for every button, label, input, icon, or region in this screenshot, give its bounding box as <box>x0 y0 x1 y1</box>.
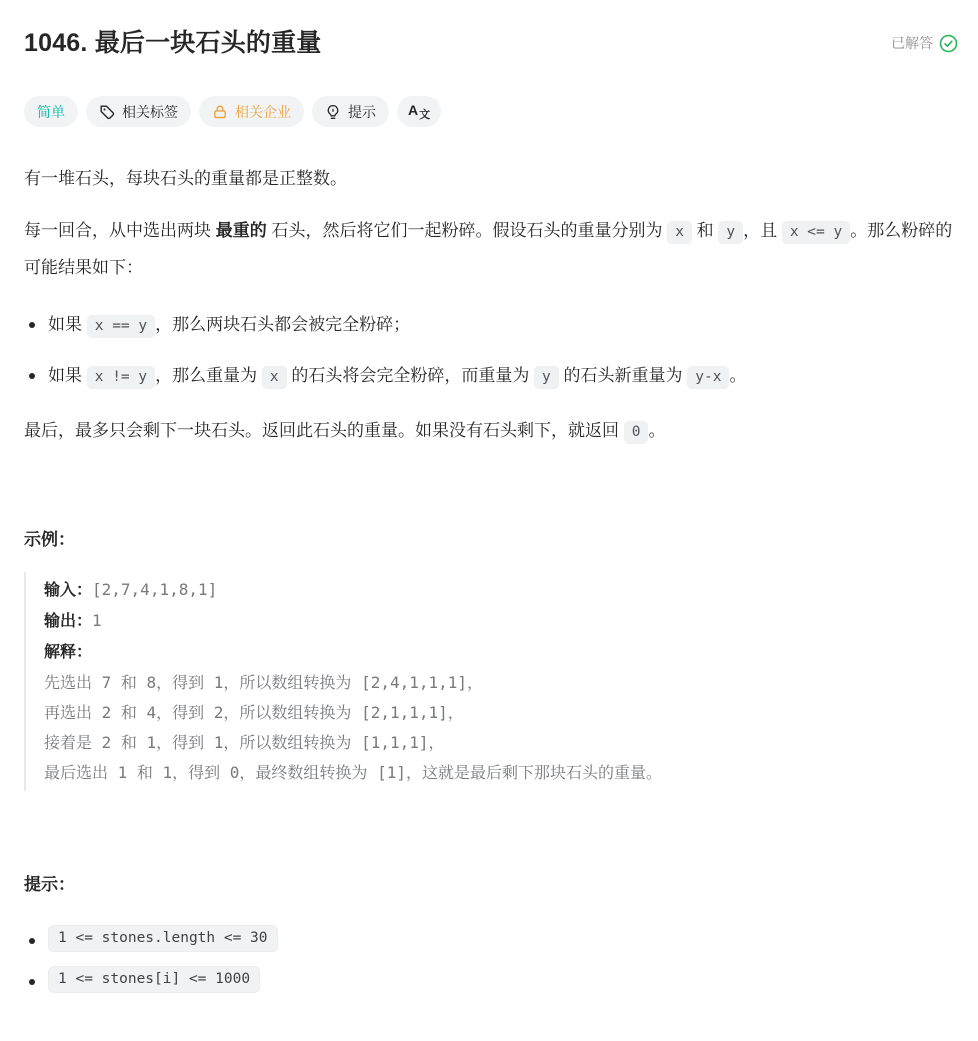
inline-code: x <box>667 221 692 244</box>
constraints-list: 1 <= stones.length <= 30 1 <= stones[i] … <box>24 929 958 988</box>
statement-paragraph: 有一堆石头，每块石头的重量都是正整数。 <box>24 161 958 197</box>
translate-toggle-button[interactable]: A文 <box>397 96 441 127</box>
example-block: 输入：[2,7,4,1,8,1]输出：1解释：先选出 7 和 8，得到 1，所以… <box>24 572 958 791</box>
inline-code: y <box>718 221 743 244</box>
inline-code: y <box>534 366 559 389</box>
related-tags-label: 相关标签 <box>122 102 178 122</box>
statement-paragraph: 最后，最多只会剩下一块石头。返回此石头的重量。如果没有石头剩下，就返回 0。 <box>24 413 958 450</box>
examples-heading: 示例： <box>24 528 958 552</box>
constraint-code: 1 <= stones.length <= 30 <box>48 925 278 952</box>
lightbulb-icon <box>325 104 341 120</box>
difficulty-badge[interactable]: 简单 <box>24 96 78 127</box>
inline-code: x <= y <box>782 221 850 244</box>
tag-icon <box>99 104 115 120</box>
problem-header: 1046. 最后一块石头的重量 已解答 <box>24 26 958 60</box>
example-input-line: 输入：[2,7,4,1,8,1] <box>44 575 958 606</box>
tag-pill-row: 简单 相关标签 相关企业 <box>24 96 958 127</box>
inline-code: x != y <box>87 366 155 389</box>
examples-section: 示例： 输入：[2,7,4,1,8,1]输出：1解释：先选出 7 和 8，得到 … <box>24 528 958 791</box>
bold-text: 最重的 <box>216 221 267 240</box>
inline-code: x == y <box>87 315 155 338</box>
example-explanation-line: 先选出 7 和 8，得到 1，所以数组转换为 [2,4,1,1,1]， <box>44 668 958 698</box>
inline-code: 0 <box>624 421 649 444</box>
problem-description-panel: 1046. 最后一块石头的重量 已解答 简单 相关标签 <box>0 0 978 1041</box>
example-explanation-line: 再选出 2 和 4，得到 2，所以数组转换为 [2,1,1,1]， <box>44 698 958 728</box>
example-explanation-line: 最后选出 1 和 1，得到 0，最终数组转换为 [1]，这就是最后剩下那块石头的… <box>44 758 958 788</box>
related-companies-button[interactable]: 相关企业 <box>199 96 304 127</box>
hint-label: 提示 <box>348 102 376 122</box>
translate-icon: A文 <box>408 102 430 122</box>
check-circle-icon <box>939 34 958 53</box>
list-item: 如果 x != y，那么重量为 x 的石头将会完全粉碎，而重量为 y 的石头新重… <box>24 358 958 395</box>
constraints-heading: 提示： <box>24 873 958 897</box>
list-item: 1 <= stones.length <= 30 <box>24 929 958 947</box>
example-explanation-label: 解释： <box>44 637 958 668</box>
statement-paragraph: 每一回合，从中选出两块 最重的 石头，然后将它们一起粉碎。假设石头的重量分别为 … <box>24 213 958 286</box>
list-item: 1 <= stones[i] <= 1000 <box>24 970 958 988</box>
crush-rules-list: 如果 x == y，那么两块石头都会被完全粉碎； 如果 x != y，那么重量为… <box>24 307 958 395</box>
inline-code: y-x <box>687 366 729 389</box>
inline-code: x <box>262 366 287 389</box>
list-item: 如果 x == y，那么两块石头都会被完全粉碎； <box>24 307 958 344</box>
hint-button[interactable]: 提示 <box>312 96 389 127</box>
constraints-section: 提示： 1 <= stones.length <= 30 1 <= stones… <box>24 873 958 988</box>
solved-status-badge: 已解答 <box>891 33 958 53</box>
constraint-code: 1 <= stones[i] <= 1000 <box>48 966 260 993</box>
example-explanation-line: 接着是 2 和 1，得到 1，所以数组转换为 [1,1,1]， <box>44 728 958 758</box>
solved-label: 已解答 <box>891 33 933 53</box>
problem-statement: 有一堆石头，每块石头的重量都是正整数。 每一回合，从中选出两块 最重的 石头，然… <box>24 161 958 450</box>
lock-icon <box>212 104 228 120</box>
related-companies-label: 相关企业 <box>235 102 291 122</box>
related-tags-button[interactable]: 相关标签 <box>86 96 191 127</box>
difficulty-label: 简单 <box>37 102 65 122</box>
page-title: 1046. 最后一块石头的重量 <box>24 26 322 60</box>
example-output-line: 输出：1 <box>44 606 958 637</box>
